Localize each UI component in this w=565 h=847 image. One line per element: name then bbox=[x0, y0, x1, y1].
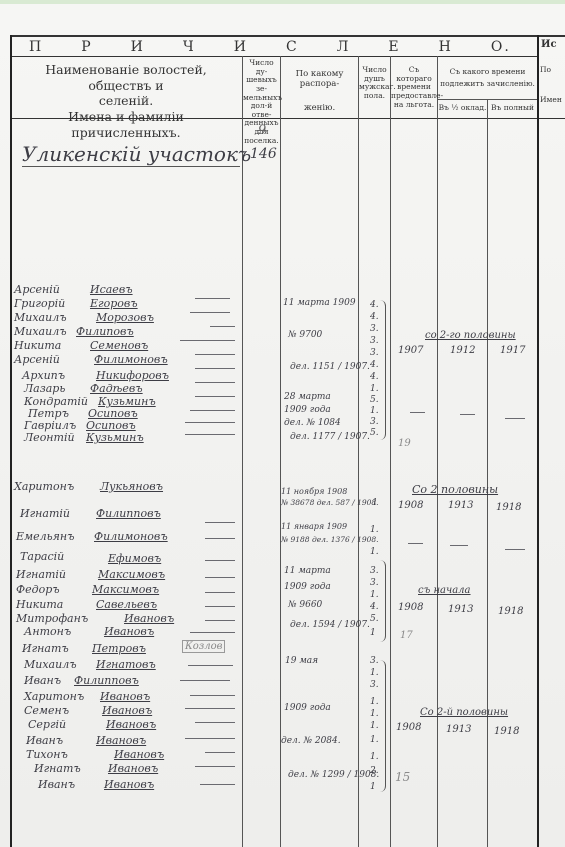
header-line: женію. bbox=[281, 104, 358, 114]
col-line-6 bbox=[487, 99, 488, 847]
first-name: Никита bbox=[14, 339, 61, 352]
soul-count: 1 bbox=[370, 628, 376, 638]
first-name: Иванъ bbox=[24, 674, 61, 687]
surname: Ивановъ bbox=[100, 690, 150, 703]
left-border bbox=[10, 35, 12, 847]
header-line: дол-й отве- bbox=[243, 102, 280, 119]
order-ref: 11 ноября 1908 bbox=[281, 487, 347, 496]
surname: Ивановъ bbox=[104, 778, 154, 791]
district-underline bbox=[22, 166, 240, 167]
soul-count: 4. bbox=[370, 602, 379, 612]
soul-count: 3. bbox=[370, 417, 379, 427]
section-title: П Р И Ч И С Л Е Н О. bbox=[10, 38, 530, 56]
col-line-1 bbox=[242, 56, 243, 847]
dash bbox=[190, 312, 230, 313]
soul-count: 4. bbox=[370, 372, 379, 382]
pencil-note: Козлов bbox=[182, 640, 225, 653]
dash bbox=[195, 396, 235, 397]
first-name: Григорій bbox=[14, 297, 65, 310]
header-order: По какому распора- женію. bbox=[281, 70, 358, 113]
dash bbox=[195, 722, 235, 723]
soul-count: 3. bbox=[370, 324, 379, 334]
first-name: Иванъ bbox=[38, 778, 75, 791]
soul-count: 1 bbox=[372, 498, 378, 508]
title-letter: О. bbox=[491, 39, 511, 55]
soul-count: 1. bbox=[370, 525, 379, 535]
title-letter: Р bbox=[81, 39, 92, 55]
col-line-7 bbox=[537, 35, 539, 847]
header-line: подлежитъ зачисленію. bbox=[438, 78, 537, 90]
surname: Ивановъ bbox=[114, 748, 164, 761]
first-name: Арсеній bbox=[14, 283, 60, 296]
first-name: Михаилъ bbox=[14, 311, 67, 324]
full-year: 1918 bbox=[498, 606, 523, 617]
header-names-line: Наименованіе волостей, обществъ и bbox=[12, 62, 240, 93]
header-right-top: По bbox=[540, 66, 551, 75]
soul-count: 5. bbox=[370, 614, 379, 624]
surname: Ивановъ bbox=[102, 704, 152, 717]
soul-count: 3. bbox=[370, 680, 379, 690]
district-crossed-number: 9 bbox=[258, 123, 266, 138]
soul-count: 4. bbox=[370, 360, 379, 370]
first-name: Харитонъ bbox=[24, 690, 84, 703]
dash bbox=[185, 434, 235, 435]
first-name: Игнатій bbox=[20, 507, 70, 520]
header-line: По какому распора- bbox=[281, 70, 358, 90]
order-ref: № 9700 bbox=[288, 330, 322, 340]
dash bbox=[195, 766, 235, 767]
dash bbox=[205, 592, 235, 593]
first-name: Тихонъ bbox=[26, 748, 68, 761]
order-ref: дел. 1177 / 1907. bbox=[290, 432, 370, 442]
soul-count: 1. bbox=[370, 668, 379, 678]
order-ref: № 9660 bbox=[288, 600, 322, 610]
soul-count: 3. bbox=[370, 566, 379, 576]
soul-count: 1. bbox=[370, 709, 379, 719]
surname: Максимовъ bbox=[98, 568, 165, 581]
district-title: Уликенскій участокъ bbox=[22, 142, 251, 166]
first-name: Игнатій bbox=[16, 568, 66, 581]
header-half: Въ ½ оклад. bbox=[438, 104, 487, 113]
right-section-title: Ис bbox=[541, 39, 557, 51]
brace bbox=[380, 660, 386, 792]
soul-count: 3. bbox=[370, 656, 379, 666]
first-name: Антонъ bbox=[24, 625, 71, 638]
dash bbox=[210, 326, 235, 327]
surname: Ивановъ bbox=[96, 734, 146, 747]
dash bbox=[205, 538, 235, 539]
order-ref: дел. 1594 / 1907. bbox=[290, 620, 370, 630]
since-year: 1907 bbox=[398, 345, 423, 356]
header-line: Съ котораго bbox=[391, 66, 437, 83]
dash bbox=[505, 418, 525, 419]
header-line: пола. bbox=[359, 92, 390, 101]
header-full: Въ полный bbox=[488, 104, 537, 113]
soul-count: 5. bbox=[370, 428, 379, 438]
surname: Никифоровъ bbox=[96, 369, 169, 382]
header-right-bottom: Имен bbox=[540, 96, 562, 105]
header-line: на льгота. bbox=[391, 101, 437, 110]
first-name: Михаилъ bbox=[14, 325, 67, 338]
header-names-line: селеній. bbox=[12, 93, 240, 109]
soul-count: 3. bbox=[370, 578, 379, 588]
surname: Ивановъ bbox=[108, 762, 158, 775]
first-name: Федоръ bbox=[16, 583, 60, 596]
half-year: 1913 bbox=[446, 724, 471, 735]
period-note: Со 2-й половины bbox=[420, 707, 508, 718]
first-name: Харитонъ bbox=[14, 480, 74, 493]
order-ref: дел. № 1299 / 1908. bbox=[288, 770, 379, 780]
soul-count: 4. bbox=[370, 300, 379, 310]
dash bbox=[180, 680, 230, 681]
dash bbox=[505, 549, 525, 550]
dash bbox=[190, 632, 235, 633]
dash bbox=[205, 606, 235, 607]
first-name: Никита bbox=[16, 598, 63, 611]
soul-count: 3. bbox=[370, 348, 379, 358]
surname: Ефимовъ bbox=[108, 552, 161, 565]
first-name: Леонтій bbox=[24, 431, 75, 444]
surname: Ивановъ bbox=[124, 612, 174, 625]
soul-count: 1. bbox=[370, 752, 379, 762]
soul-count: 1. bbox=[370, 697, 379, 707]
surname: Филипповъ bbox=[96, 507, 161, 520]
title-letter: Н bbox=[439, 39, 453, 55]
dash bbox=[195, 298, 230, 299]
surname: Ивановъ bbox=[104, 625, 154, 638]
surname: Петровъ bbox=[92, 642, 146, 655]
col-line-4 bbox=[390, 56, 391, 847]
pencil-total: 17 bbox=[400, 630, 413, 641]
order-ref: 19 мая bbox=[285, 656, 318, 666]
dash bbox=[205, 577, 235, 578]
dash bbox=[450, 545, 468, 546]
dash bbox=[180, 340, 235, 341]
surname: Ивановъ bbox=[106, 718, 156, 731]
title-letter: И bbox=[234, 39, 248, 55]
header-line: Съ какого времени bbox=[438, 66, 537, 78]
order-ref: 11 марта 1909 bbox=[283, 298, 356, 308]
dash bbox=[408, 543, 423, 544]
period-note: съ начала bbox=[418, 585, 471, 596]
brace bbox=[380, 560, 386, 642]
header-souls: Число душъ мужскаг. пола. bbox=[359, 66, 390, 101]
order-ref: № 9188 дел. 1376 / 1908. bbox=[281, 535, 379, 544]
surname: Егоровъ bbox=[90, 297, 138, 310]
pencil-total: 19 bbox=[398, 438, 411, 449]
period-note: со 2-го половины bbox=[425, 330, 516, 341]
first-name: Семенъ bbox=[24, 704, 69, 717]
header-since: Съ котораго времени предоставле- на льго… bbox=[391, 66, 437, 109]
order-ref: дел. № 2084. bbox=[281, 736, 341, 746]
surname: Савельевъ bbox=[96, 598, 157, 611]
first-name: Иванъ bbox=[26, 734, 63, 747]
title-rule bbox=[10, 56, 537, 57]
first-name: Игнатъ bbox=[22, 642, 69, 655]
order-ref: 1909 года bbox=[284, 582, 331, 592]
since-year: 1908 bbox=[398, 602, 423, 613]
first-name: Михаилъ bbox=[24, 658, 77, 671]
title-letter: И bbox=[131, 39, 145, 55]
first-name: Митрофанъ bbox=[16, 612, 88, 625]
dash bbox=[190, 695, 235, 696]
title-letter: Е bbox=[388, 39, 400, 55]
top-rule bbox=[10, 35, 565, 37]
dash bbox=[185, 708, 235, 709]
soul-count: 1. bbox=[370, 735, 379, 745]
soul-count: 3. bbox=[370, 336, 379, 346]
order-ref: 11 января 1909 bbox=[281, 522, 347, 531]
first-name: Сергій bbox=[28, 718, 66, 731]
soul-count: 1. bbox=[370, 590, 379, 600]
soul-count: 1. bbox=[370, 384, 379, 394]
since-year: 1908 bbox=[396, 722, 421, 733]
brace bbox=[380, 300, 386, 440]
col-line-3 bbox=[358, 56, 359, 847]
soul-count: 4. bbox=[370, 312, 379, 322]
surname: Исаевъ bbox=[90, 283, 133, 296]
soul-count: 2. bbox=[370, 766, 379, 776]
first-name: Архипъ bbox=[22, 369, 65, 382]
surname: Филипповъ bbox=[74, 674, 139, 687]
dash bbox=[195, 382, 235, 383]
dash bbox=[188, 665, 233, 666]
dash bbox=[205, 752, 235, 753]
half-year: 1912 bbox=[450, 345, 475, 356]
title-letter: Л bbox=[337, 39, 351, 55]
soul-count: 1. bbox=[370, 721, 379, 731]
first-name: Игнатъ bbox=[34, 762, 81, 775]
header-line: Число ду- bbox=[243, 59, 280, 76]
dash bbox=[195, 368, 235, 369]
first-name: Лазарь bbox=[24, 382, 65, 395]
first-name: Арсеній bbox=[14, 353, 60, 366]
first-name: Емельянъ bbox=[16, 530, 75, 543]
surname: Семеновъ bbox=[90, 339, 148, 352]
full-year: 1917 bbox=[500, 345, 525, 356]
half-year: 1913 bbox=[448, 604, 473, 615]
full-year: 1918 bbox=[496, 502, 521, 513]
since-year: 1908 bbox=[398, 500, 423, 511]
col-line-5 bbox=[437, 56, 438, 847]
header-names: Наименованіе волостей, обществъ и селені… bbox=[12, 62, 240, 140]
title-letter: С bbox=[286, 39, 299, 55]
soul-count: 5. bbox=[370, 395, 379, 405]
surname: Максимовъ bbox=[92, 583, 159, 596]
soul-count: 1. bbox=[370, 406, 379, 416]
full-year: 1918 bbox=[494, 726, 519, 737]
surname: Морозовъ bbox=[96, 311, 154, 324]
dash bbox=[190, 410, 235, 411]
surname: Лукьяновъ bbox=[100, 480, 163, 493]
order-ref: 11 марта bbox=[284, 566, 331, 576]
surname: Фадѣевъ bbox=[90, 382, 143, 395]
dash bbox=[195, 354, 235, 355]
surname: Кузьминъ bbox=[86, 431, 144, 444]
soul-count: 1 bbox=[370, 782, 376, 792]
pencil-total: 15 bbox=[395, 770, 410, 784]
dash bbox=[185, 738, 235, 739]
surname: Филиповъ bbox=[76, 325, 134, 338]
dash bbox=[205, 620, 235, 621]
surname: Филимоновъ bbox=[94, 530, 168, 543]
first-name: Тарасій bbox=[20, 550, 64, 563]
order-ref: дел. 1151 / 1907. bbox=[290, 362, 370, 372]
surname: Филимоновъ bbox=[94, 353, 168, 366]
order-ref: 28 марта bbox=[284, 392, 331, 402]
order-ref: 1909 года bbox=[284, 405, 331, 415]
order-ref: № 38678 дел. 587 / 1908. bbox=[281, 498, 379, 507]
dash bbox=[460, 414, 475, 415]
col-line-2 bbox=[280, 56, 281, 847]
header-names-line: Имена и фамиліи причисленныхъ. bbox=[12, 109, 240, 140]
district-number: 146 bbox=[250, 146, 277, 162]
header-line: шевыхъ зе- bbox=[243, 76, 280, 93]
dash bbox=[185, 422, 235, 423]
dash bbox=[200, 784, 235, 785]
surname: Игнатовъ bbox=[96, 658, 156, 671]
dash bbox=[205, 522, 235, 523]
period-note: Со 2 половины bbox=[412, 483, 498, 496]
dash bbox=[205, 560, 235, 561]
half-year: 1913 bbox=[448, 500, 473, 511]
soul-count: 1. bbox=[370, 547, 379, 557]
title-letter: П bbox=[29, 39, 43, 55]
header-subject: Съ какого времени подлежитъ зачисленію. bbox=[438, 66, 537, 90]
dash bbox=[410, 412, 425, 413]
order-ref: 1909 года bbox=[284, 703, 331, 713]
title-letter: Ч bbox=[183, 39, 196, 55]
order-ref: дел. № 1084 bbox=[284, 418, 341, 428]
